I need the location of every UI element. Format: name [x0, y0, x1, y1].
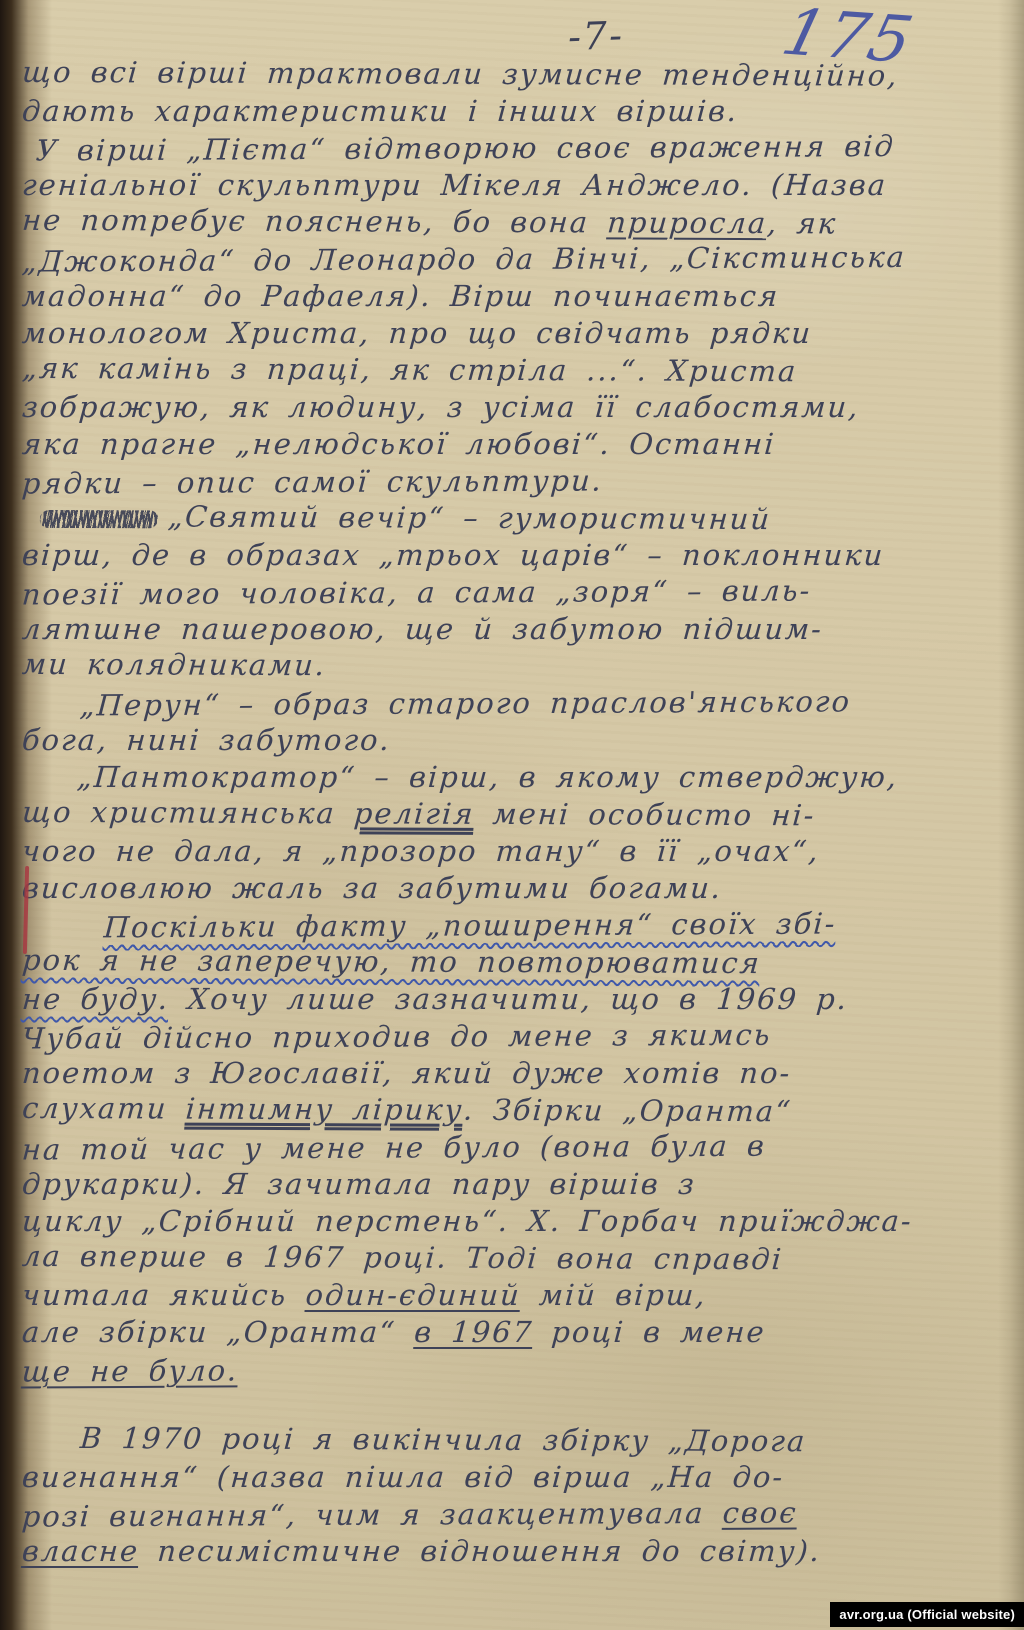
- handwritten-line: на той час у мене не було (вона була в: [21, 1126, 1000, 1168]
- handwritten-text: лятшне пашеровою, ще й забутою підшим-: [21, 612, 824, 646]
- handwritten-text: Хочу лише зазначити, що в 1969 р.: [168, 982, 849, 1016]
- handwritten-line: чого не дала, я „прозоро тану“ в її „оча…: [21, 833, 1000, 870]
- handwritten-text: поетом з Югославії, який дуже хотів по-: [21, 1056, 793, 1090]
- handwritten-line: вірш, де в образах „трьох царів“ – покло…: [21, 537, 1000, 574]
- handwritten-line: що християнська релігія мені особисто ні…: [21, 794, 999, 835]
- handwritten-text: один-єдиний: [304, 1278, 522, 1312]
- handwritten-line: що всі вірші трактовали зумисне тенденці…: [21, 54, 999, 95]
- handwritten-line: рядки – опис самої скульптури.: [21, 460, 1000, 502]
- handwritten-text: приросла: [606, 205, 768, 240]
- handwritten-text: У вірші „Пієта“ відтворюю своє враження …: [35, 129, 896, 167]
- handwritten-text: ла вперше в 1967 році. Тоді вона справді: [21, 1239, 784, 1276]
- handwritten-line: але збірки „Оранта“ в 1967 році в мене: [21, 1314, 1000, 1351]
- page-edge-shadow: [998, 0, 1024, 1630]
- handwritten-text: але збірки „Оранта“: [21, 1315, 416, 1349]
- handwritten-line: монологом Христа, про що свідчать рядки: [21, 315, 1000, 352]
- handwritten-line: читала якийсь один-єдиний мій вірш,: [21, 1277, 1000, 1314]
- handwritten-line: „Пантократор“ – вірш, в якому стверджую,: [76, 759, 1000, 796]
- handwritten-line: друкарки). Я зачитала пару віршів з: [21, 1166, 1000, 1203]
- handwritten-line: яка прагне „нелюдської любові“. Останні: [21, 426, 1000, 463]
- handwritten-text: зображую, як людину, з усіма її слабостя…: [21, 390, 861, 424]
- handwritten-text: не потребує пояснень, бо вона: [21, 203, 609, 240]
- handwritten-text: слухати: [21, 1091, 187, 1126]
- handwritten-line: ла вперше в 1967 році. Тоді вона справді: [21, 1238, 999, 1279]
- handwritten-line: висловлюю жаль за забутими богами.: [21, 870, 1000, 907]
- handwritten-text: Чубай дійсно приходив до мене з якимсь: [21, 1018, 773, 1056]
- handwritten-line: Чубай дійсно приходив до мене з якимсь: [21, 1015, 1000, 1057]
- handwritten-text: песимістичне відношення до світу).: [138, 1534, 822, 1568]
- scribble-mark: [39, 510, 158, 529]
- handwritten-text: власне: [21, 1534, 141, 1568]
- handwritten-line: лятшне пашеровою, ще й забутою підшим-: [21, 611, 1000, 648]
- handwritten-text: розі вигнання“, чим я заакцентувала: [21, 1496, 724, 1534]
- handwritten-text: вигнання“ (назва пішла від вірша „На до-: [21, 1460, 786, 1494]
- handwritten-text: , як: [766, 206, 838, 240]
- handwritten-text: „Пантократор“ – вірш, в якому стверджую,: [76, 760, 900, 794]
- handwritten-text: . Збірки „Оранта“: [462, 1093, 793, 1128]
- handwritten-text: своє: [722, 1495, 799, 1529]
- handwritten-text: мадонна“ до Рафаеля). Вірш починається: [21, 279, 781, 313]
- handwritten-text: поезії мого чоловіка, а сама „зоря“ – ви…: [21, 573, 813, 611]
- handwritten-line: ми колядниками.: [21, 646, 999, 687]
- handwritten-line: поезії мого чоловіка, а сама „зоря“ – ви…: [21, 571, 1000, 613]
- handwritten-text: інтимну лірику: [184, 1092, 464, 1127]
- handwritten-text: мій вірш,: [520, 1278, 708, 1312]
- handwritten-text: Поскільки факту „поширення“ своїх збі-: [103, 907, 838, 945]
- handwritten-line: власне песимістичне відношення до світу)…: [21, 1533, 1000, 1570]
- handwritten-text: циклу „Срібний перстень“. Х. Горбач приї…: [21, 1204, 914, 1238]
- page-number-header: -7-: [567, 13, 624, 59]
- handwritten-line: не буду. Хочу лише зазначити, що в 1969 …: [21, 981, 1000, 1018]
- handwritten-text: вірш, де в образах „трьох царів“ – покло…: [21, 538, 886, 572]
- handwritten-line: ще не було.: [21, 1348, 1000, 1390]
- handwritten-text: висловлюю жаль за забутими богами.: [21, 871, 724, 905]
- handwritten-text: „Перун“ – образ старого праслов'янського: [79, 684, 852, 722]
- handwritten-line: бога, нині забутого.: [21, 722, 1000, 759]
- handwritten-text: дають характеристики і інших віршів.: [21, 94, 740, 128]
- handwritten-line: мадонна“ до Рафаеля). Вірш починається: [21, 278, 1000, 315]
- handwritten-text: „Джоконда“ до Леонардо да Вінчі, „Сіксти…: [21, 240, 907, 279]
- handwritten-line: „Перун“ – образ старого праслов'янського: [79, 683, 1000, 725]
- handwritten-line: вигнання“ (назва пішла від вірша „На до-: [21, 1459, 1000, 1496]
- handwritten-text: геніальної скульптури Мікеля Анджело. (Н…: [21, 168, 888, 202]
- handwritten-text: „як камінь з праці, як стріла ...“. Хрис…: [21, 351, 799, 388]
- handwritten-line: В 1970 році я викінчила збірку „Дорога: [79, 1420, 999, 1461]
- handwritten-text: „Святий вечір“ – гумористичний: [167, 499, 773, 536]
- handwritten-text: яка прагне „нелюдської любові“. Останні: [21, 427, 777, 461]
- watermark: avr.org.ua (Official website): [830, 1602, 1024, 1627]
- handwritten-text: читала якийсь: [21, 1278, 307, 1312]
- handwritten-text: ще не було.: [21, 1353, 240, 1388]
- handwritten-text: монологом Христа, про що свідчать рядки: [21, 316, 813, 350]
- handwritten-text: рядки – опис самої скульптури.: [21, 464, 604, 501]
- handwritten-line: Поскільки факту „поширення“ своїх збі-: [103, 905, 1000, 947]
- handwritten-text: не буду.: [21, 982, 171, 1016]
- handwritten-text: мені особисто ні-: [473, 797, 817, 832]
- manuscript-lines: що всі вірші трактовали зумисне тенденці…: [22, 56, 998, 1570]
- handwritten-line: „Джоконда“ до Леонардо да Вінчі, „Сіксти…: [21, 238, 1000, 280]
- handwritten-text: друкарки). Я зачитала пару віршів з: [21, 1167, 697, 1201]
- handwritten-text: ми колядниками.: [21, 647, 328, 682]
- handwritten-line: розі вигнання“, чим я заакцентувала своє: [21, 1493, 1000, 1535]
- handwritten-line: У вірші „Пієта“ відтворюю своє враження …: [35, 127, 1000, 169]
- handwritten-line: рок я не заперечую, то повторюватися: [21, 942, 999, 983]
- handwritten-text: що всі вірші трактовали зумисне тенденці…: [21, 55, 900, 93]
- handwritten-line: поетом з Югославії, який дуже хотів по-: [21, 1055, 1000, 1092]
- handwritten-line: „як камінь з праці, як стріла ...“. Хрис…: [21, 350, 999, 391]
- handwritten-line: зображую, як людину, з усіма її слабостя…: [21, 389, 1000, 426]
- handwritten-text: бога, нині забутого.: [21, 723, 392, 757]
- handwritten-line: слухати інтимну лірику. Збірки „Оранта“: [21, 1090, 999, 1131]
- handwritten-text: релігія: [353, 796, 476, 831]
- handwritten-text: чого не дала, я „прозоро тану“ в її „оча…: [21, 834, 821, 868]
- handwritten-text: році в мене: [532, 1315, 767, 1349]
- handwritten-text: рок я не заперечую, то повторюватися: [21, 943, 762, 980]
- handwritten-line: дають характеристики і інших віршів.: [21, 93, 1000, 130]
- handwritten-text: що християнська: [21, 795, 355, 830]
- handwritten-line: геніальної скульптури Мікеля Анджело. (Н…: [21, 167, 1000, 204]
- handwritten-text: в 1967: [413, 1315, 534, 1349]
- handwritten-line: „Святий вечір“ – гумористичний: [39, 498, 999, 539]
- handwritten-text: В 1970 році я викінчила збірку „Дорога: [79, 1421, 808, 1458]
- handwritten-line: не потребує пояснень, бо вона приросла, …: [21, 202, 999, 243]
- scanned-document-page: -7- 175 що всі вірші трактовали зумисне …: [0, 0, 1024, 1630]
- handwritten-line: циклу „Срібний перстень“. Х. Горбач приї…: [21, 1203, 1000, 1240]
- handwritten-text: на той час у мене не було (вона була в: [21, 1129, 767, 1167]
